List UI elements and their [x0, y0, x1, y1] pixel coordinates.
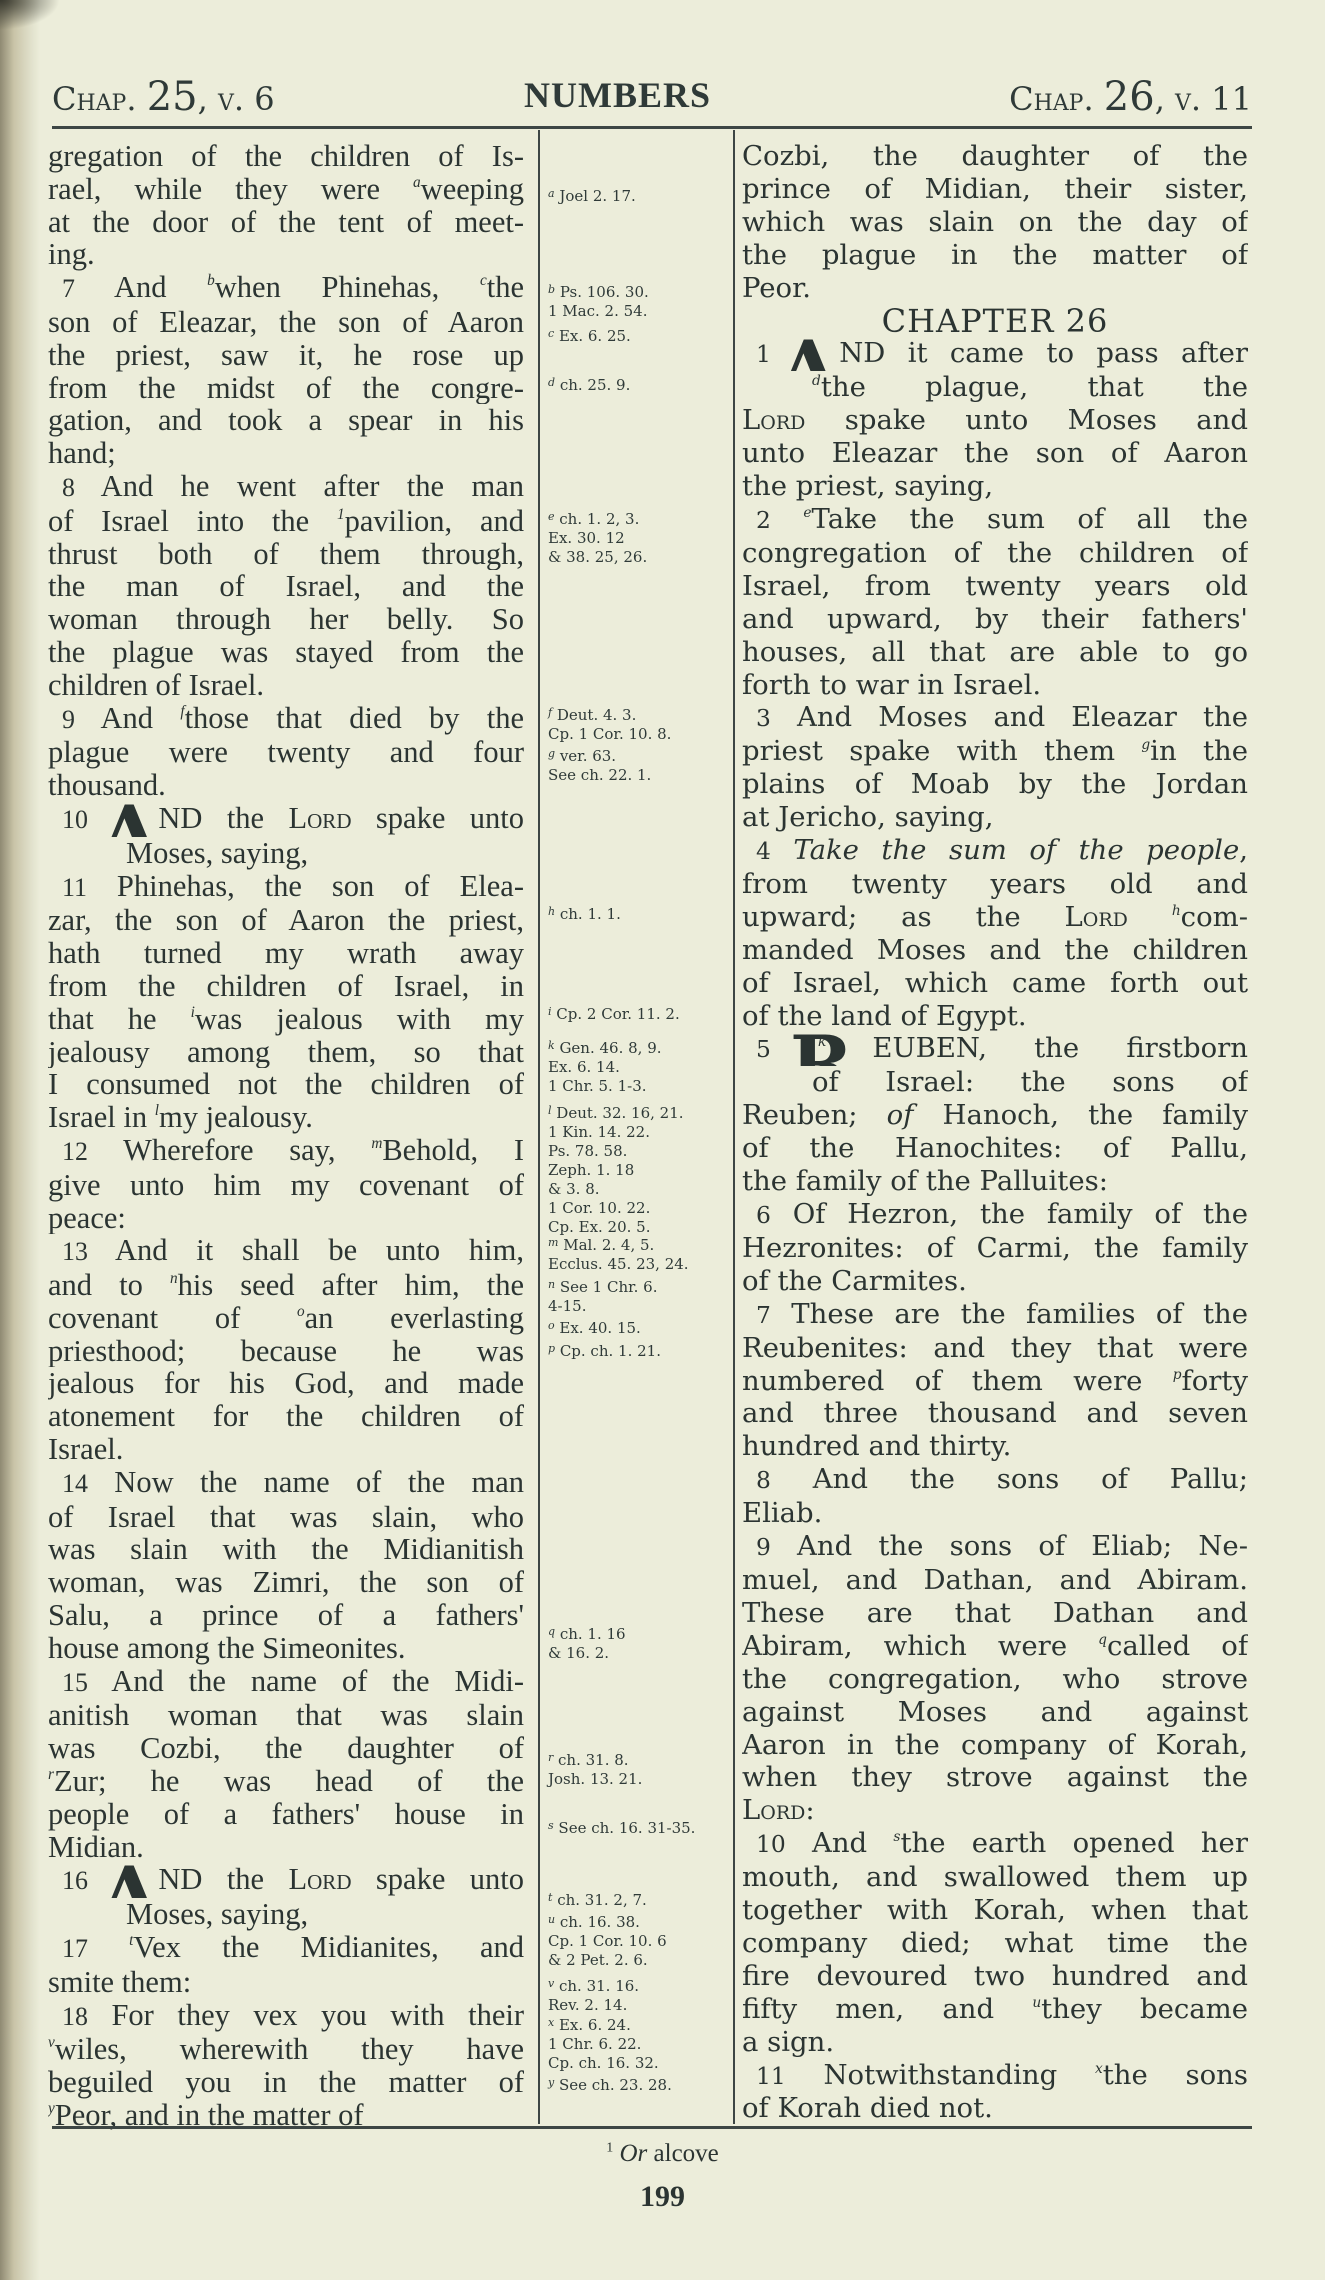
text-line: 11 Phinehas, the son of Elea- — [48, 870, 524, 905]
corner-shadow — [0, 0, 60, 30]
text-line: peace: — [48, 1202, 524, 1235]
text-line: and three thousand and seven — [742, 1397, 1248, 1430]
text-line: gation, and took a spear in his — [48, 404, 524, 437]
text-line: 1 ND it came to pass afterA — [742, 337, 1248, 371]
text-line: Israel. — [48, 1433, 524, 1466]
text-line: of the land of Egypt. — [742, 1000, 1248, 1033]
text-line: the congregation, who strove — [742, 1663, 1248, 1696]
text-line: 9 And the sons of Eliab; Ne- — [742, 1530, 1248, 1564]
reference-marker: n — [548, 1278, 555, 1291]
reference-marker: e — [548, 510, 555, 523]
text-line: gregation of the children of Is- — [48, 140, 524, 173]
text-line: Peor. — [742, 272, 1248, 305]
reference-marker: d — [548, 376, 555, 389]
text-line: Abiram, which were qcalled of — [742, 1630, 1248, 1663]
text-line: plague were twenty and four — [48, 736, 524, 769]
reference-marker: a — [548, 187, 555, 200]
text-line: and upward, by their fathers' — [742, 603, 1248, 636]
text-line: at the door of the tent of meet- — [48, 206, 524, 239]
text-line: was slain with the Midianitish — [48, 1533, 524, 1566]
text-line: woman through her belly. So — [48, 603, 524, 636]
text-line: together with Korah, when that — [742, 1894, 1248, 1927]
text-line: from the midst of the congre- — [48, 372, 524, 405]
text-line: rZur; he was head of the — [48, 1765, 524, 1798]
reference-marker: r — [548, 1751, 553, 1764]
text-line: houses, all that are able to go — [742, 636, 1248, 669]
text-line: hath turned my wrath away — [48, 937, 524, 970]
text-line: from the children of Israel, in — [48, 970, 524, 1003]
text-line: the man of Israel, and the — [48, 570, 524, 603]
text-line: fifty men, and uthey became — [742, 1993, 1248, 2026]
reference-marker: g — [548, 747, 555, 760]
text-line: house among the Simeonites. — [48, 1632, 524, 1665]
text-line: anitish woman that was slain — [48, 1699, 524, 1732]
text-line: Reuben; of Hanoch, the family — [742, 1099, 1248, 1132]
text-line: atonement for the children of — [48, 1400, 524, 1433]
text-line: the priest, saw it, he rose up — [48, 339, 524, 372]
text-line: Aaron in the company of Korah, — [742, 1729, 1248, 1762]
text-line: of Israel that was slain, who — [48, 1501, 524, 1534]
column-divider-left — [538, 130, 540, 2124]
chapter-heading: CHAPTER 26 — [742, 305, 1248, 338]
text-line: Cozbi, the daughter of the — [742, 140, 1248, 173]
reference-marker: h — [548, 905, 555, 918]
text-line: 11 Notwithstanding xthe sons — [742, 2059, 1248, 2093]
reference-marker: u — [548, 1913, 555, 1926]
cross-reference: u ch. 16. 38. Cp. 1 Cor. 10. 6 & 2 Pet. … — [548, 1910, 667, 1970]
text-line: These are that Dathan and — [742, 1597, 1248, 1630]
text-line: that he iwas jealous with my — [48, 1003, 524, 1036]
text-line: 18 For they vex you with their — [48, 1999, 524, 2034]
text-line: woman, was Zimri, the son of — [48, 1566, 524, 1599]
drop-cap: A — [779, 339, 838, 371]
page-number: 199 — [0, 2180, 1325, 2214]
text-line: dthe plague, that the — [742, 371, 1248, 404]
text-line: Lord spake unto Moses and — [742, 404, 1248, 437]
cross-reference: m Mal. 2. 4, 5. Ecclus. 45. 23, 24. — [548, 1233, 689, 1274]
header-left: Chap. 25, v. 6 — [52, 74, 275, 120]
text-line: 14 Now the name of the man — [48, 1466, 524, 1501]
text-line: 7 And bwhen Phinehas, cthe — [48, 271, 524, 306]
cross-reference: a Joel 2. 17. — [548, 184, 636, 206]
footnote: 1 Or alcove — [0, 2140, 1325, 2168]
cross-reference: k Gen. 46. 8, 9. Ex. 6. 14. 1 Chr. 5. 1-… — [548, 1036, 662, 1096]
text-line: unto Eleazar the son of Aaron — [742, 437, 1248, 470]
reference-marker: v — [548, 1977, 554, 1990]
text-line: when they strove against the — [742, 1761, 1248, 1794]
reference-marker: k — [548, 1039, 555, 1052]
text-line: children of Israel. — [48, 669, 524, 702]
text-line: was Cozbi, the daughter of — [48, 1732, 524, 1765]
reference-marker: c — [548, 327, 554, 340]
cross-reference: r ch. 31. 8. Josh. 13. 21. — [548, 1748, 642, 1789]
book-binding-edge — [0, 0, 40, 2280]
text-line: a sign. — [742, 2026, 1248, 2059]
text-line: 4 Take the sum of the people, — [742, 834, 1248, 868]
book-title: NUMBERS — [524, 74, 711, 116]
text-line: people of a fathers' house in — [48, 1798, 524, 1831]
text-line: 16 ND the Lord spake untoA — [48, 1863, 524, 1898]
text-line: Moses, saying, — [48, 1898, 524, 1931]
text-line: and to nhis seed after him, the — [48, 1269, 524, 1302]
text-line: 5 kEUBEN, the firstbornR — [742, 1032, 1248, 1066]
text-line: prince of Midian, their sister, — [742, 173, 1248, 206]
text-line: fire devoured two hundred and — [742, 1960, 1248, 1993]
text-line: Hezronites: of Carmi, the family — [742, 1232, 1248, 1265]
text-line: of the Hanochites: of Pallu, — [742, 1132, 1248, 1165]
text-line: company died; what time the — [742, 1927, 1248, 1960]
text-line: priest spake with them gin the — [742, 735, 1248, 768]
cross-reference: f Deut. 4. 3. Cp. 1 Cor. 10. 8. — [548, 703, 671, 744]
cross-reference: o Ex. 40. 15. — [548, 1316, 641, 1338]
cross-reference: l Deut. 32. 16, 21. 1 Kin. 14. 22. Ps. 7… — [548, 1101, 684, 1237]
text-line: of Israel, which came forth out — [742, 967, 1248, 1000]
text-line: of Korah died not. — [742, 2092, 1248, 2125]
text-line: of the Carmites. — [742, 1265, 1248, 1298]
cross-reference: d ch. 25. 9. — [548, 373, 630, 395]
header-rule — [52, 126, 1252, 129]
cross-reference: x Ex. 6. 24. 1 Chr. 6. 22. Cp. ch. 16. 3… — [548, 2013, 659, 2073]
reference-marker: s — [548, 1819, 554, 1832]
text-line: 17 tVex the Midianites, and — [48, 1931, 524, 1966]
footer-rule — [52, 2126, 1252, 2129]
text-line: priesthood; because he was — [48, 1335, 524, 1368]
text-line: muel, and Dathan, and Abiram. — [742, 1564, 1248, 1597]
text-line: at Jericho, saying, — [742, 801, 1248, 834]
cross-reference: c Ex. 6. 25. — [548, 324, 631, 346]
cross-reference: b Ps. 106. 30. 1 Mac. 2. 54. — [548, 280, 649, 321]
text-line: from twenty years old and — [742, 868, 1248, 901]
text-line: Israel in lmy jealousy. — [48, 1101, 524, 1134]
text-line: I consumed not the children of — [48, 1068, 524, 1101]
text-line: numbered of them were pforty — [742, 1365, 1248, 1398]
text-line: against Moses and against — [742, 1696, 1248, 1729]
reference-marker: t — [548, 1891, 552, 1904]
reference-marker: f — [548, 706, 552, 719]
cross-reference: g ver. 63. See ch. 22. 1. — [548, 744, 651, 785]
text-line: which was slain on the day of — [742, 206, 1248, 239]
text-line: 13 And it shall be unto him, — [48, 1234, 524, 1269]
text-line: of Israel: the sons of — [742, 1066, 1248, 1099]
text-line: of Israel into the 1pavilion, and — [48, 505, 524, 538]
left-text-column: gregation of the children of Is-rael, wh… — [48, 140, 524, 2132]
drop-cap: A — [100, 804, 159, 837]
text-line: plains of Moab by the Jordan — [742, 768, 1248, 801]
text-line: 2 eTake the sum of all the — [742, 503, 1248, 537]
text-line: Lord: — [742, 1794, 1248, 1827]
text-line: 10 ND the Lord spake untoA — [48, 802, 524, 837]
text-line: 9 And fthose that died by the — [48, 702, 524, 737]
cross-reference: i Cp. 2 Cor. 11. 2. — [548, 1002, 680, 1024]
reference-marker: b — [548, 283, 555, 296]
text-line: upward; as the Lord hcom- — [742, 901, 1248, 934]
reference-marker: q — [548, 1625, 555, 1638]
text-line: Salu, a prince of a fathers' — [48, 1599, 524, 1632]
drop-cap: A — [100, 1865, 159, 1898]
text-line: 12 Wherefore say, mBehold, I — [48, 1134, 524, 1169]
cross-reference: s See ch. 16. 31-35. — [548, 1816, 695, 1838]
text-line: Midian. — [48, 1831, 524, 1864]
reference-marker: y — [548, 2076, 554, 2089]
cross-reference: p Cp. ch. 1. 21. — [548, 1339, 661, 1361]
text-line: give unto him my covenant of — [48, 1169, 524, 1202]
text-line: jealousy among them, so that — [48, 1036, 524, 1069]
cross-reference: t ch. 31. 2, 7. — [548, 1888, 647, 1910]
text-line: 10 And sthe earth opened her — [742, 1827, 1248, 1861]
text-line: hand; — [48, 437, 524, 470]
cross-reference: h ch. 1. 1. — [548, 902, 621, 924]
reference-marker: o — [548, 1319, 555, 1332]
text-line: jealous for his God, and made — [48, 1367, 524, 1400]
text-line: 7 These are the families of the — [742, 1298, 1248, 1332]
text-line: thousand. — [48, 769, 524, 802]
text-line: mouth, and swallowed them up — [742, 1861, 1248, 1894]
text-line: 15 And the name of the Midi- — [48, 1665, 524, 1700]
text-line: forth to war in Israel. — [742, 669, 1248, 702]
cross-reference: e ch. 1. 2, 3. Ex. 30. 12 & 38. 25, 26. — [548, 507, 647, 567]
running-header: Chap. 25, v. 6 NUMBERS Chap. 26, v. 11 — [52, 74, 1252, 120]
text-line: congregation of the children of — [742, 537, 1248, 570]
text-line: 8 And the sons of Pallu; — [742, 1463, 1248, 1497]
text-line: Moses, saying, — [48, 837, 524, 870]
text-line: the plague was stayed from the — [48, 636, 524, 669]
text-line: beguiled you in the matter of — [48, 2066, 524, 2099]
cross-reference: v ch. 31. 16. Rev. 2. 14. — [548, 1974, 639, 2015]
reference-marker: l — [548, 1104, 552, 1117]
reference-marker: x — [548, 2016, 554, 2029]
text-line: zar, the son of Aaron the priest, — [48, 904, 524, 937]
text-line: manded Moses and the children — [742, 934, 1248, 967]
text-line: covenant of oan everlasting — [48, 1302, 524, 1335]
reference-marker: i — [548, 1005, 552, 1018]
text-line: hundred and thirty. — [742, 1430, 1248, 1463]
text-line: 6 Of Hezron, the family of the — [742, 1198, 1248, 1232]
reference-marker: m — [548, 1236, 558, 1249]
text-line: the priest, saying, — [742, 470, 1248, 503]
text-line: Eliab. — [742, 1497, 1248, 1530]
text-line: 8 And he went after the man — [48, 470, 524, 505]
reference-marker: p — [548, 1342, 555, 1355]
text-line: Israel, from twenty years old — [742, 570, 1248, 603]
text-line: son of Eleazar, the son of Aaron — [48, 306, 524, 339]
text-line: thrust both of them through, — [48, 538, 524, 571]
text-line: vwiles, wherewith they have — [48, 2033, 524, 2066]
column-divider-right — [733, 130, 735, 2124]
text-line: 3 And Moses and Eleazar the — [742, 701, 1248, 735]
drop-cap: R — [790, 1034, 853, 1066]
cross-reference: q ch. 1. 16 & 16. 2. — [548, 1622, 626, 1663]
text-line: ing. — [48, 238, 524, 271]
text-line: the family of the Palluites: — [742, 1165, 1248, 1198]
right-text-column: Cozbi, the daughter of theprince of Midi… — [742, 140, 1248, 2125]
text-line: smite them: — [48, 1966, 524, 1999]
cross-reference: y See ch. 23. 28. — [548, 2073, 672, 2095]
text-line: Reubenites: and they that were — [742, 1332, 1248, 1365]
header-right: Chap. 26, v. 11 — [1009, 74, 1252, 120]
text-line: rael, while they were aweeping — [48, 173, 524, 206]
cross-reference: n See 1 Chr. 6. 4-15. — [548, 1275, 657, 1316]
text-line: the plague in the matter of — [742, 239, 1248, 272]
